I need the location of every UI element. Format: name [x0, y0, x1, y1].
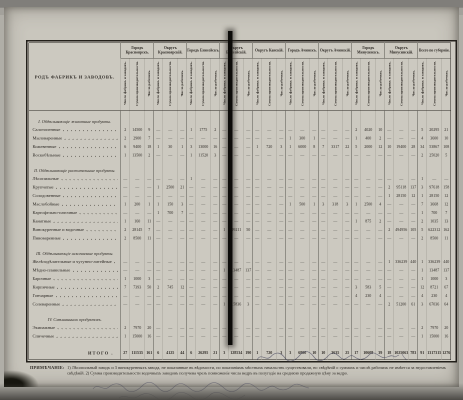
value-cell: — [187, 192, 196, 201]
subcolumn-header-text: Число фабрикъ и заводовъ. [387, 62, 391, 105]
value-cell: 4 [442, 292, 451, 301]
subcolumn-header: Число фабрикъ и заводовъ. [418, 58, 427, 111]
value-cell: 2500 [163, 183, 178, 192]
row-label-inner: Лѣсопильные [29, 176, 121, 182]
subcolumn-header-text: Число фабрикъ и заводовъ. [354, 62, 358, 105]
value-cell: 53867 [427, 143, 442, 152]
subcolumn-header-text: Число фабрикъ и заводовъ. [189, 62, 193, 105]
value-cell: — [328, 300, 343, 309]
leader-dots [63, 196, 118, 198]
row-label: Картофельно-паточные [29, 209, 121, 218]
empty-cell [178, 111, 187, 126]
value-cell: — [196, 234, 211, 243]
value-cell: — [178, 175, 187, 184]
value-cell: — [385, 217, 394, 226]
section-row: IV. Смѣшанныхъ продуктовъ. [29, 309, 451, 324]
value-cell: — [196, 292, 211, 301]
value-cell: — [121, 258, 130, 267]
row-label: Гончарные [29, 292, 121, 301]
value-cell: — [328, 209, 343, 218]
empty-cell [145, 111, 154, 126]
subcolumn-header-text: Число рабочихъ. [213, 70, 217, 96]
value-cell: 1 [385, 192, 394, 201]
empty-cell [328, 160, 343, 175]
empty-cell [328, 309, 343, 324]
value-cell: — [178, 275, 187, 284]
subcolumn-header: Сумма производительности. [196, 58, 211, 111]
empty-cell [121, 243, 130, 258]
value-cell: — [409, 234, 418, 243]
value-cell: — [343, 275, 352, 284]
value-cell: 1 [352, 217, 361, 226]
value-cell: — [154, 332, 163, 341]
value-cell: 67 [442, 283, 451, 292]
value-cell: — [145, 183, 154, 192]
value-cell: — [277, 275, 286, 284]
value-cell: — [319, 292, 328, 301]
value-cell: — [163, 126, 178, 135]
value-cell: 1 [178, 143, 187, 152]
value-cell: — [394, 275, 409, 284]
value-cell: — [262, 332, 277, 341]
value-cell: 28150 [394, 192, 409, 201]
value-cell: — [163, 292, 178, 301]
empty-cell [418, 243, 427, 258]
value-cell: — [262, 209, 277, 218]
value-cell: — [187, 258, 196, 267]
row-label: Барочные [29, 275, 121, 284]
value-cell: — [187, 292, 196, 301]
value-cell: 700 [163, 209, 178, 218]
value-cell: 30 [163, 143, 178, 152]
value-cell: — [409, 134, 418, 143]
table-frame: РОДЪ ФАБРИКЪ И ЗАВОДОВЪ.Городъ Красноярс… [26, 40, 457, 363]
value-cell: — [187, 283, 196, 292]
value-cell: 5 [442, 151, 451, 160]
value-cell: — [310, 324, 319, 333]
value-cell: — [244, 283, 253, 292]
value-cell: — [196, 332, 211, 341]
value-cell: — [319, 151, 328, 160]
subcolumn-header: Число фабрикъ и заводовъ. [319, 58, 328, 111]
leader-dots [87, 230, 118, 232]
value-cell: — [277, 283, 286, 292]
row-label-text: Мѣдно-плавильные [33, 268, 71, 273]
empty-cell [262, 309, 277, 324]
value-cell: — [121, 183, 130, 192]
value-cell: — [277, 266, 286, 275]
value-cell: — [154, 258, 163, 267]
value-cell: 1 [121, 275, 130, 284]
empty-cell [196, 160, 211, 175]
subcolumn-header: Число рабочихъ. [244, 58, 253, 111]
value-cell: — [343, 217, 352, 226]
value-cell: — [154, 134, 163, 143]
subcolumn-header: Число фабрикъ и заводовъ. [154, 58, 163, 111]
value-cell: 3317 [328, 143, 343, 152]
column-group-header: Городъ Ачинскъ. [286, 43, 319, 59]
empty-cell [154, 309, 163, 324]
empty-cell [394, 243, 409, 258]
empty-cell [376, 160, 385, 175]
column-group-header: Округъ Енисейскій. [220, 43, 253, 59]
value-cell: 21 [178, 183, 187, 192]
value-cell: — [409, 275, 418, 284]
value-cell: — [295, 183, 310, 192]
subcolumn-header: Число рабочихъ. [442, 58, 451, 111]
total-cell: 190 [244, 347, 253, 360]
empty-cell [385, 160, 394, 175]
table-row: Канатные116011——————————————————18752———… [29, 217, 451, 226]
value-cell: — [394, 151, 409, 160]
row-label-inner: Воскобѣльные [29, 153, 121, 159]
value-cell: — [385, 151, 394, 160]
subcolumn-header: Число фабрикъ и заводовъ. [121, 58, 130, 111]
leader-dots [63, 155, 118, 157]
value-cell: — [178, 332, 187, 341]
subcolumn-header: Сумма производительности. [262, 58, 277, 111]
empty-cell [409, 309, 418, 324]
value-cell: 230 [361, 292, 376, 301]
table-row: Желѣзодѣлательные и чугунно-литейные————… [29, 258, 451, 267]
value-cell: — [394, 266, 409, 275]
handwritten-signature-1 [254, 350, 419, 365]
empty-cell [130, 309, 145, 324]
value-cell: — [253, 292, 262, 301]
value-cell: 28 [409, 143, 418, 152]
value-cell: — [310, 209, 319, 218]
value-cell: — [310, 151, 319, 160]
value-cell: 7 [121, 283, 130, 292]
subcolumn-header: Число фабрикъ и заводовъ. [385, 58, 394, 111]
subcolumn-header-text: Число фабрикъ и заводовъ. [255, 62, 259, 105]
value-cell: — [262, 134, 277, 143]
empty-cell [130, 243, 145, 258]
value-cell: — [361, 175, 376, 184]
value-cell: — [262, 217, 277, 226]
value-cell: 12 [442, 200, 451, 209]
value-cell: — [277, 258, 286, 267]
leader-dots [114, 262, 118, 264]
leader-dots [80, 213, 118, 215]
bottom-edge-shadow [0, 383, 463, 400]
value-cell: — [262, 275, 277, 284]
total-cell: 3 [220, 347, 229, 360]
value-cell: — [319, 283, 328, 292]
value-cell: — [244, 183, 253, 192]
value-cell: — [196, 192, 211, 201]
empty-cell [352, 309, 361, 324]
value-cell: — [343, 209, 352, 218]
total-cell: 161 [145, 347, 154, 360]
empty-cell [319, 243, 328, 258]
value-cell: 16 [211, 143, 220, 152]
value-cell: — [244, 175, 253, 184]
value-cell: — [295, 234, 310, 243]
value-cell: — [187, 234, 196, 243]
value-cell: — [385, 324, 394, 333]
subcolumn-header: Число фабрикъ и заводовъ. [187, 58, 196, 111]
value-cell: 1 [418, 209, 427, 218]
column-group-header: Округъ Канскій. [253, 43, 286, 59]
value-cell: — [154, 151, 163, 160]
value-cell: — [163, 324, 178, 333]
empty-cell [418, 111, 427, 126]
value-cell: 875 [361, 217, 376, 226]
row-label-text: Солодовенные [33, 194, 61, 199]
value-cell: 622312 [427, 226, 442, 235]
value-cell: 64 [442, 300, 451, 309]
value-cell: 700 [427, 209, 442, 218]
subcolumn-header: Число фабрикъ и заводовъ. [352, 58, 361, 111]
value-cell: 150 [163, 200, 178, 209]
value-cell: — [328, 151, 343, 160]
value-cell: — [352, 266, 361, 275]
note-text: 1) Лѣсопильный заводъ и 3 винокуренныхъ … [67, 365, 446, 376]
subcolumn-header-text: Число рабочихъ. [246, 70, 250, 96]
section-header: I. Обдѣлывающіе животные продукты. [29, 111, 121, 126]
value-cell: — [328, 126, 343, 135]
value-cell: 25020 [427, 151, 442, 160]
value-cell: — [163, 258, 178, 267]
empty-cell [427, 243, 442, 258]
empty-cell [442, 160, 451, 175]
value-cell: 1 [286, 134, 295, 143]
empty-cell [244, 243, 253, 258]
value-cell: — [385, 292, 394, 301]
section-row: II. Обдѣлывающіе растительные продукты. [29, 160, 451, 175]
empty-cell [427, 309, 442, 324]
value-cell: — [130, 258, 145, 267]
value-cell: 137 [442, 266, 451, 275]
empty-cell [163, 243, 178, 258]
value-cell: — [262, 183, 277, 192]
empty-cell [394, 309, 409, 324]
value-cell: — [262, 300, 277, 309]
value-cell: 1 [187, 151, 196, 160]
value-cell: — [178, 151, 187, 160]
factory-statistics-table: РОДЪ ФАБРИКЪ И ЗАВОДОВЪ.Городъ Красноярс… [29, 43, 452, 361]
value-cell: — [343, 151, 352, 160]
value-cell: — [295, 126, 310, 135]
value-cell: — [163, 332, 178, 341]
value-cell: 7 [442, 209, 451, 218]
value-cell: — [328, 258, 343, 267]
value-cell: — [163, 151, 178, 160]
value-cell: — [130, 300, 145, 309]
value-cell: 2 [121, 134, 130, 143]
value-cell: 1 [418, 275, 427, 284]
empty-cell [310, 309, 319, 324]
table-row: Мѣдно-плавильные—————————113487137——————… [29, 266, 451, 275]
subcolumn-header-text: Число фабрикъ и заводовъ. [321, 62, 325, 105]
value-cell: — [343, 175, 352, 184]
value-cell: — [262, 151, 277, 160]
value-cell: — [328, 234, 343, 243]
row-label-text: Лѣсопильные [33, 177, 59, 182]
subcolumn-header-text: Число рабочихъ. [345, 70, 349, 96]
value-cell: — [319, 134, 328, 143]
value-cell: — [409, 209, 418, 218]
value-cell: 4020 [361, 126, 376, 135]
section-row: III. Обдѣлывающіе ископаемые продукты. [29, 243, 451, 258]
empty-cell [187, 243, 196, 258]
row-label-inner: Желѣзодѣлательные и чугунно-литейные [29, 259, 121, 265]
row-label-inner: Маслобойные [29, 202, 121, 208]
value-cell: — [361, 151, 376, 160]
value-cell: 440 [409, 258, 418, 267]
value-cell: 583 [361, 283, 376, 292]
total-cell: 1317315 [427, 347, 442, 360]
value-cell: 200 [130, 200, 145, 209]
value-cell: — [328, 275, 343, 284]
value-cell: 1 [154, 143, 163, 152]
value-cell: — [262, 226, 277, 235]
empty-cell [376, 243, 385, 258]
value-cell: — [121, 266, 130, 275]
value-cell: — [196, 209, 211, 218]
value-cell: 1 [121, 332, 130, 341]
value-cell: 3 [187, 143, 196, 152]
empty-cell [319, 309, 328, 324]
value-cell: — [409, 126, 418, 135]
value-cell: 67036 [427, 300, 442, 309]
empty-cell [121, 309, 130, 324]
empty-cell [328, 111, 343, 126]
value-cell: 8500 [427, 234, 442, 243]
group-header-row: РОДЪ ФАБРИКЪ И ЗАВОДОВЪ.Городъ Красноярс… [29, 43, 451, 59]
value-cell: 3 [319, 200, 328, 209]
value-cell: — [376, 175, 385, 184]
value-cell: — [253, 217, 262, 226]
value-cell: — [154, 300, 163, 309]
total-cell: 4125 [163, 347, 178, 360]
value-cell: 158 [442, 183, 451, 192]
value-cell: 11 [442, 234, 451, 243]
value-cell: 3 [442, 275, 451, 284]
value-cell: — [376, 183, 385, 192]
value-cell: — [352, 192, 361, 201]
value-cell: — [343, 183, 352, 192]
table-row: Воскобѣльные1135002———1115203———————————… [29, 151, 451, 160]
value-cell: 11 [145, 217, 154, 226]
value-cell: — [352, 226, 361, 235]
empty-cell [427, 111, 442, 126]
value-cell: — [310, 217, 319, 226]
value-cell: — [154, 266, 163, 275]
empty-cell [442, 111, 451, 126]
empty-cell [154, 160, 163, 175]
value-cell: — [262, 192, 277, 201]
subcolumn-header-text: Сумма производительности. [333, 61, 337, 106]
value-cell: — [163, 266, 178, 275]
empty-cell [295, 309, 310, 324]
value-cell: — [310, 292, 319, 301]
table-row: Экипажные2797020————————————————————————… [29, 324, 451, 333]
column-group-header: Округъ Ачинскій. [319, 43, 352, 59]
row-label-inner: Салотопенные [29, 127, 121, 133]
subcolumn-header: Сумма производительности. [328, 58, 343, 111]
value-cell: — [343, 258, 352, 267]
value-cell: — [394, 200, 409, 209]
value-cell: 12 [409, 192, 418, 201]
row-label: Кирпичные [29, 283, 121, 292]
value-cell: — [253, 183, 262, 192]
value-cell: — [253, 258, 262, 267]
value-cell: 11520 [196, 151, 211, 160]
empty-cell [343, 243, 352, 258]
value-cell: 500 [295, 200, 310, 209]
value-cell: — [253, 300, 262, 309]
leader-dots [57, 336, 118, 338]
value-cell: 720 [262, 143, 277, 152]
value-cell: — [442, 175, 451, 184]
value-cell: — [295, 300, 310, 309]
value-cell: — [211, 209, 220, 218]
value-cell: — [130, 183, 145, 192]
table-row: Гончарные—————————————————————42304———42… [29, 292, 451, 301]
value-cell: 2 [211, 126, 220, 135]
value-cell: — [286, 258, 295, 267]
value-cell: 300 [295, 134, 310, 143]
value-cell: — [244, 209, 253, 218]
total-cell: 111535 [130, 347, 145, 360]
value-cell: — [163, 300, 178, 309]
value-cell: — [196, 258, 211, 267]
table-row: Барочные110003————————————————————————11… [29, 275, 451, 284]
empty-cell [295, 111, 310, 126]
value-cell: — [385, 200, 394, 209]
value-cell: — [352, 332, 361, 341]
value-cell: — [286, 332, 295, 341]
subcolumn-header: Число фабрикъ и заводовъ. [253, 58, 262, 111]
total-cell: 6 [187, 347, 196, 360]
value-cell: — [295, 217, 310, 226]
value-cell: 1 [121, 200, 130, 209]
value-cell: — [286, 175, 295, 184]
table-row: Мыловаренные229007————————————13001———14… [29, 134, 451, 143]
subcolumn-header-text: Сумма производительности. [234, 61, 238, 106]
row-label-text: Воскобѣльные [33, 153, 61, 158]
value-cell: 1 [418, 266, 427, 275]
empty-cell [385, 309, 394, 324]
book-gutter-line [228, 31, 233, 345]
value-cell: 12 [376, 143, 385, 152]
value-cell: — [178, 324, 187, 333]
leader-dots [63, 238, 118, 240]
value-cell: — [286, 217, 295, 226]
value-cell: 1 [253, 143, 262, 152]
empty-cell [178, 160, 187, 175]
empty-cell [121, 111, 130, 126]
value-cell: — [196, 134, 211, 143]
value-cell: — [319, 183, 328, 192]
value-cell: — [253, 175, 262, 184]
value-cell: — [310, 275, 319, 284]
value-cell: 5 [418, 126, 427, 135]
value-cell: — [409, 217, 418, 226]
value-cell: — [295, 332, 310, 341]
value-cell: — [295, 175, 310, 184]
value-cell: 12 [442, 192, 451, 201]
value-cell: — [211, 324, 220, 333]
value-cell: — [286, 283, 295, 292]
subcolumn-header-text: Число рабочихъ. [312, 70, 316, 96]
table-row: Пивоваренные2850011—————————————————————… [29, 234, 451, 243]
row-label: Винокуренные и водочные [29, 226, 121, 235]
value-cell: — [262, 175, 277, 184]
value-cell: — [130, 292, 145, 301]
